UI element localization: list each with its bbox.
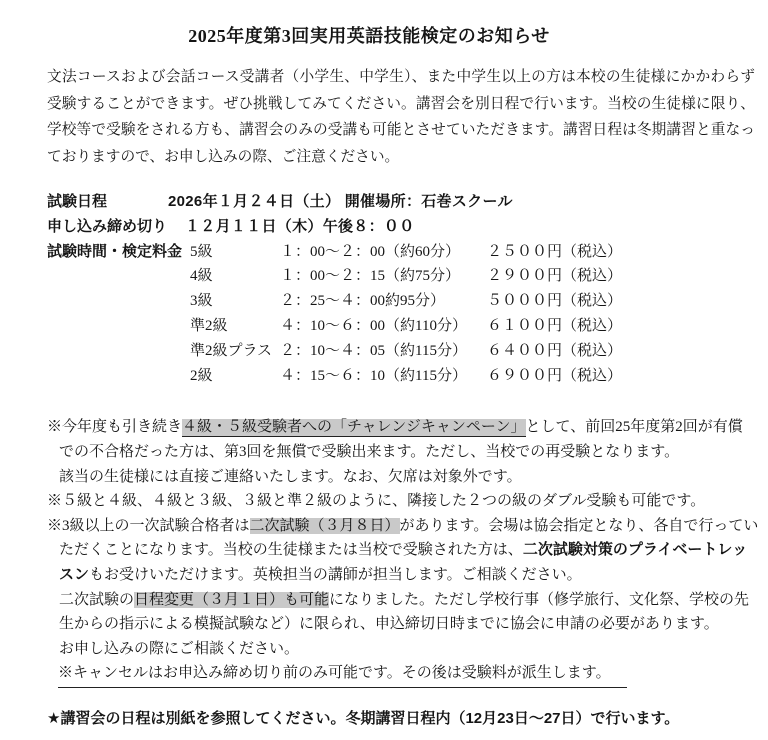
fee-row: 試験時間・検定料金 5級 １：00～２：00（約60分） ２５００円（税込） — [47, 240, 755, 265]
fee-row: 2級 ４：15～６：10（約115分） ６９００円（税込） — [47, 364, 755, 389]
note-text: になりました。ただし学校行事（修学旅行、文化祭、学校の先 — [329, 592, 749, 608]
fee-grade: 準2級プラス — [190, 339, 280, 364]
cancellation-underlined-text: ※キャンセルはお申込み締め切り前のみ可能です。その後は受験料が派生します。 — [58, 661, 627, 688]
note-secondary-line4: 二次試験の日程変更（３月１日）も可能になりました。ただし学校行事（修学旅行、文化… — [47, 588, 755, 613]
schedule-date-label: 試験日程 — [47, 190, 168, 215]
schedule-deadline-row: 申し込み締め切り １２月１１日（木）午後８：００ — [47, 215, 755, 240]
fee-price: ６９００円（税込） — [487, 364, 622, 389]
note-text: ※3級以上の一次試験合格者は — [47, 518, 250, 534]
note-secondary-line1: ※3級以上の一次試験合格者は二次試験（３月８日）があります。会場は協会指定となり… — [47, 514, 755, 539]
note-double-registration: ※５級と４級、４級と３級、３級と準２級のように、隣接した２つの級のダブル受験も可… — [47, 489, 755, 514]
note-text: があります。会場は協会指定となり、各自で行ってい — [400, 518, 759, 534]
campaign-highlight: ４級・５級受験者への「チャレンジキャンペーン」 — [182, 419, 526, 437]
fee-time: ２：25～４：00約95分） — [280, 289, 487, 314]
fee-time: ４：15～６：10（約115分） — [280, 364, 487, 389]
note-secondary-line3: スンもお受けいただけます。英検担当の講師が担当します。ご相談ください。 — [47, 563, 755, 588]
fee-time: １：00～２：15（約75分） — [280, 264, 487, 289]
private-lesson-bold: 二次試験対策のプライベートレッ — [523, 541, 747, 558]
schedule-deadline-value: １２月１１日（木）午後８：００ — [185, 215, 415, 240]
fee-grade: 準2級 — [190, 314, 280, 339]
notes-section: ※今年度も引き続き４級・５級受験者への「チャレンジキャンペーン」として、前回25… — [47, 415, 755, 688]
note-text: 二次試験の — [59, 592, 134, 608]
fee-price: ２９００円（税込） — [487, 264, 622, 289]
note-campaign-line3: 該当の生徒様には直接ご連絡いたします。なお、欠席は対象外です。 — [47, 465, 755, 490]
note-cancellation: ※キャンセルはお申込み締め切り前のみ可能です。その後は受験料が派生します。 — [47, 661, 755, 688]
fee-price: ２５００円（税込） — [487, 240, 622, 265]
secondary-date-highlight: 二次試験（３月８日） — [250, 518, 400, 534]
fee-grade: 2級 — [190, 364, 280, 389]
note-campaign-line1: ※今年度も引き続き４級・５級受験者への「チャレンジキャンペーン」として、前回25… — [47, 415, 755, 440]
note-text: ただくことになります。当校の生徒様または当校で受験された方は、 — [59, 542, 523, 558]
fees-label: 試験時間・検定料金 — [47, 240, 190, 265]
fee-price: ６１００円（税込） — [487, 314, 622, 339]
reschedule-highlight: 日程変更（３月１日）も可能 — [134, 592, 329, 608]
fee-price: ６４００円（税込） — [487, 339, 622, 364]
note-secondary-line6: お申し込みの際にご相談ください。 — [47, 637, 755, 662]
fee-time: ２：10～４：05（約115分） — [280, 339, 487, 364]
intro-paragraph: 文法コースおよび会話コース受講者（小学生、中学生）、また中学生以上の方は本校の生… — [47, 64, 755, 170]
fee-row: 準2級 ４：10～６：00（約110分） ６１００円（税込） — [47, 314, 755, 339]
note-secondary-line2: ただくことになります。当校の生徒様または当校で受験された方は、二次試験対策のプラ… — [47, 538, 755, 563]
fee-time: １：00～２：00（約60分） — [280, 240, 487, 265]
note-text: ※今年度も引き続き — [47, 419, 182, 435]
schedule-date-value: 2026年１月２４日（土） 開催場所：石巻スクール — [168, 190, 513, 215]
fee-row: 準2級プラス ２：10～４：05（約115分） ６４００円（税込） — [47, 339, 755, 364]
note-secondary-line5: 生からの指示による模擬試験など）に限られ、申込締切日時までに協会に申請の必要があ… — [47, 612, 755, 637]
schedule-deadline-label: 申し込み締め切り — [47, 215, 185, 240]
fee-row: 3級 ２：25～４：00約95分） ５０００円（税込） — [47, 289, 755, 314]
document-page: 2025年度第3回実用英語技能検定のお知らせ 文法コースおよび会話コース受講者（… — [0, 0, 768, 740]
note-text: として、前回25年度第2回が有償 — [526, 419, 743, 435]
fee-price: ５０００円（税込） — [487, 289, 622, 314]
fee-grade: 3級 — [190, 289, 280, 314]
note-text: もお受けいただけます。英検担当の講師が担当します。ご相談ください。 — [89, 567, 582, 583]
fee-grade: 5級 — [190, 240, 280, 265]
schedule-date-row: 試験日程 2026年１月２４日（土） 開催場所：石巻スクール — [47, 190, 755, 215]
private-lesson-bold: スン — [59, 566, 89, 583]
fee-time: ４：10～６：00（約110分） — [280, 314, 487, 339]
fee-grade: 4級 — [190, 264, 280, 289]
fee-row: 4級 １：00～２：15（約75分） ２９００円（税込） — [47, 264, 755, 289]
footer-note: ★講習会の日程は別紙を参照してください。冬期講習日程内（12月23日～27日）で… — [47, 707, 755, 728]
page-title: 2025年度第3回実用英語技能検定のお知らせ — [0, 22, 768, 48]
note-campaign-line2: での不合格だった方は、第3回を無償で受験出来ます。ただし、当校での再受験となりま… — [47, 440, 755, 465]
schedule-section: 試験日程 2026年１月２４日（土） 開催場所：石巻スクール 申し込み締め切り … — [47, 190, 755, 388]
